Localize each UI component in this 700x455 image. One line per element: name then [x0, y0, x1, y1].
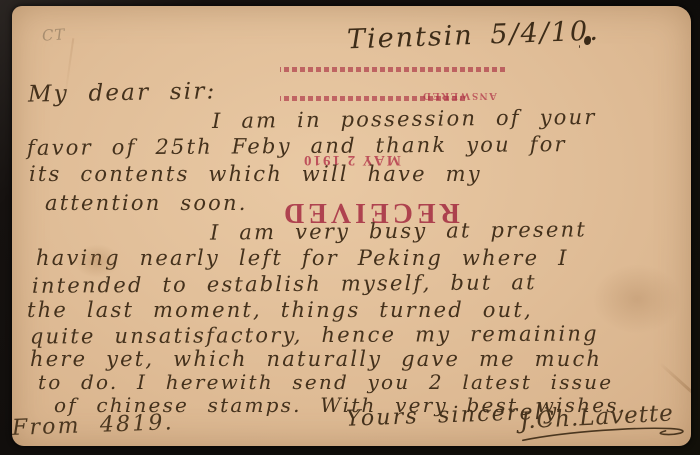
signature: J.Ch.Lavette — [519, 402, 690, 444]
salutation: My dear sir: — [28, 80, 217, 106]
body-line: favor of 25th Feby and thank you for — [27, 134, 567, 159]
received-stamp-answered: ANSWERED — [421, 90, 497, 102]
body-line: I am very busy at present — [210, 219, 587, 243]
body-line: the last moment, things turned out, — [27, 300, 533, 321]
body-line: its contents which will have my — [29, 164, 482, 185]
body-line: here yet, which naturally gave me much — [30, 349, 602, 370]
from-number-note: From 4819. — [12, 412, 174, 440]
stain — [592, 264, 682, 334]
pencil-annotation: CT — [42, 27, 66, 44]
photo-background: CT Tientsin 5/4/10. RECEIVED MAY 2 1910 … — [0, 0, 700, 455]
stain — [74, 244, 120, 278]
dateline: Tientsin 5/4/10. — [347, 18, 601, 54]
body-line: attention soon. — [45, 193, 248, 214]
body-line: I am in possession of your — [212, 107, 597, 132]
body-line: quite unsatisfactory, hence my remaining — [30, 324, 599, 348]
body-line: to do. I herewith send you 2 latest issu… — [38, 372, 613, 392]
postcard: CT Tientsin 5/4/10. RECEIVED MAY 2 1910 … — [12, 6, 691, 446]
stamp-dashed-line — [280, 67, 505, 72]
stamp-dashed-line — [280, 96, 465, 101]
